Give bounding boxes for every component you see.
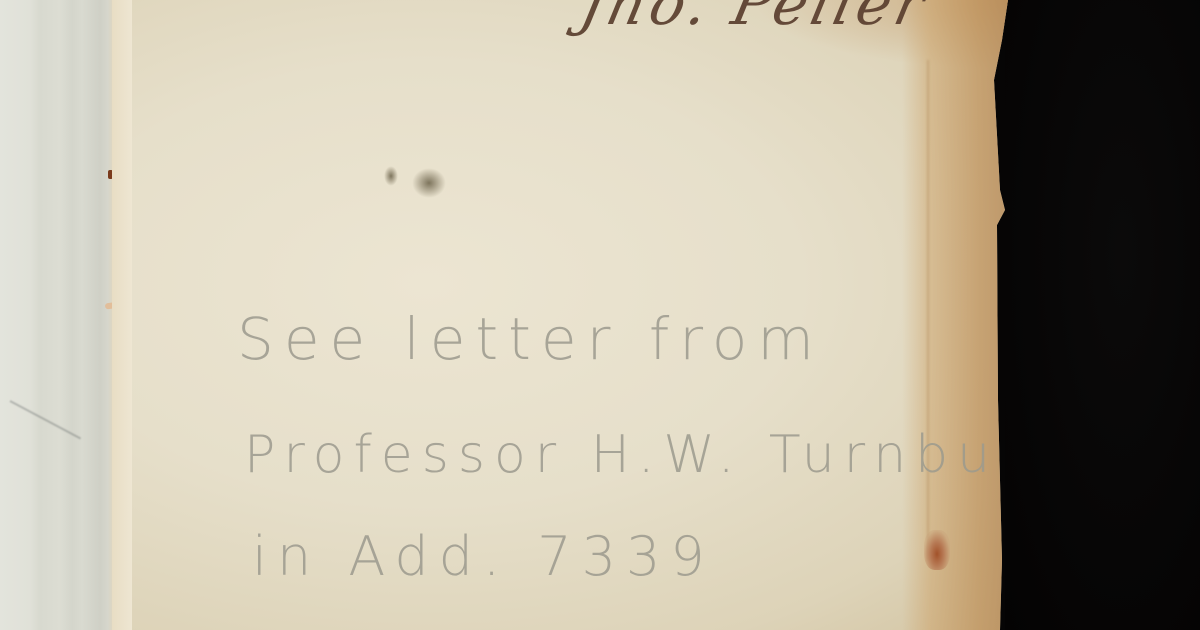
pencil-note-line-2: Professor H.W. Turnbull bbox=[244, 425, 1046, 485]
binding-guard-strip bbox=[0, 0, 112, 630]
foxing-spot bbox=[924, 530, 950, 570]
ink-signature: Jho. Peller bbox=[575, 0, 935, 38]
ink-smudge-small bbox=[384, 166, 398, 186]
manuscript-photo: Jho. Peller See letter from Professor H.… bbox=[0, 0, 1200, 630]
black-background bbox=[1005, 0, 1200, 630]
tide-line bbox=[927, 60, 929, 560]
leaf-inner-margin bbox=[112, 0, 132, 630]
manuscript-leaf: Jho. Peller See letter from Professor H.… bbox=[112, 0, 1012, 630]
ink-smudge-large bbox=[412, 168, 446, 198]
guard-crease-mark bbox=[10, 400, 82, 439]
edge-browning-stain bbox=[902, 0, 1012, 630]
pencil-note-line-1: See letter from bbox=[237, 305, 824, 373]
pencil-note-line-3: in Add. 7339 bbox=[252, 525, 715, 588]
